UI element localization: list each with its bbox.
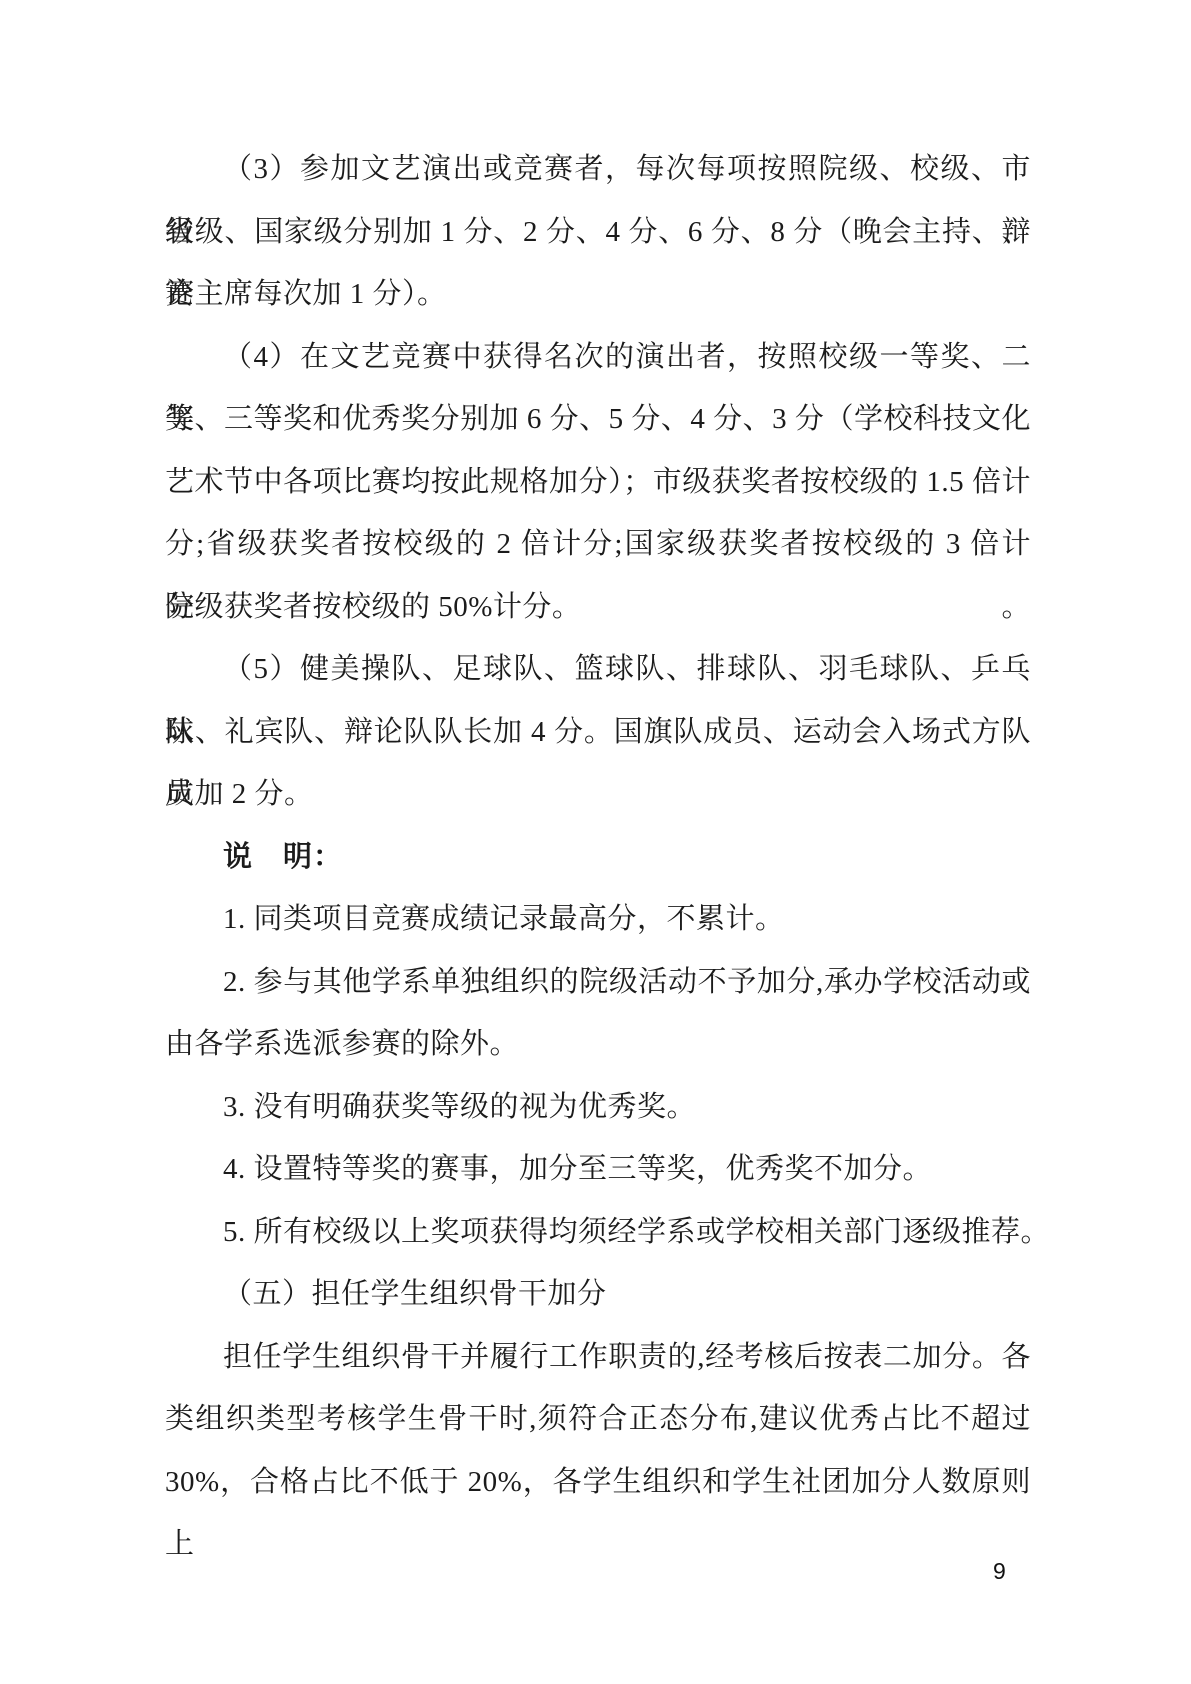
note-5: 5. 所有校级以上奖项获得均须经学系或学校相关部门逐级推荐。: [165, 1201, 1031, 1264]
paragraph-4-line-1: （4）在文艺竞赛中获得名次的演出者，按照校级一等奖、二等: [165, 326, 1031, 389]
document-body: （3）参加文艺演出或竞赛者，每次每项按照院级、校级、市级、 省级、国家级分别加 …: [165, 138, 1031, 1513]
paragraph-5-line-1: （5）健美操队、足球队、篮球队、排球队、羽毛球队、乒乓球: [165, 638, 1031, 701]
paragraph-4-line-2: 奖、三等奖和优秀奖分别加 6 分、5 分、4 分、3 分（学校科技文化: [165, 388, 1031, 451]
section-5-para-line-1: 担任学生组织骨干并履行工作职责的,经考核后按表二加分。各: [165, 1326, 1031, 1389]
document-page: （3）参加文艺演出或竞赛者，每次每项按照院级、校级、市级、 省级、国家级分别加 …: [0, 0, 1191, 1684]
paragraph-3-line-2: 省级、国家级分别加 1 分、2 分、4 分、6 分、8 分（晚会主持、辩论: [165, 201, 1031, 264]
note-3: 3. 没有明确获奖等级的视为优秀奖。: [165, 1076, 1031, 1139]
paragraph-4-line-3: 艺术节中各项比赛均按此规格加分）；市级获奖者按校级的 1.5 倍计: [165, 451, 1031, 514]
paragraph-5-line-3: 员加 2 分。: [165, 763, 1031, 826]
note-4: 4. 设置特等奖的赛事，加分至三等奖，优秀奖不加分。: [165, 1138, 1031, 1201]
section-5-para-line-3: 30%，合格占比不低于 20%，各学生组织和学生社团加分人数原则上: [165, 1451, 1031, 1514]
section-5-heading: （五）担任学生组织骨干加分: [165, 1263, 1031, 1326]
note-1: 1. 同类项目竞赛成绩记录最高分，不累计。: [165, 888, 1031, 951]
section-5-para-line-2: 类组织类型考核学生骨干时,须符合正态分布,建议优秀占比不超过: [165, 1388, 1031, 1451]
page-number: 9: [993, 1556, 1006, 1586]
note-2-line-1: 2. 参与其他学系单独组织的院级活动不予加分,承办学校活动或: [165, 951, 1031, 1014]
paragraph-4-line-4: 分;省级获奖者按校级的 2 倍计分;国家级获奖者按校级的 3 倍计分。: [165, 513, 1031, 576]
notes-heading: 说 明：: [165, 826, 1031, 889]
paragraph-3-line-1: （3）参加文艺演出或竞赛者，每次每项按照院级、校级、市级、: [165, 138, 1031, 201]
paragraph-3-line-3: 赛主席每次加 1 分）。: [165, 263, 1031, 326]
paragraph-5-line-2: 队、礼宾队、辩论队队长加 4 分。国旗队成员、运动会入场式方队成: [165, 701, 1031, 764]
note-2-line-2: 由各学系选派参赛的除外。: [165, 1013, 1031, 1076]
